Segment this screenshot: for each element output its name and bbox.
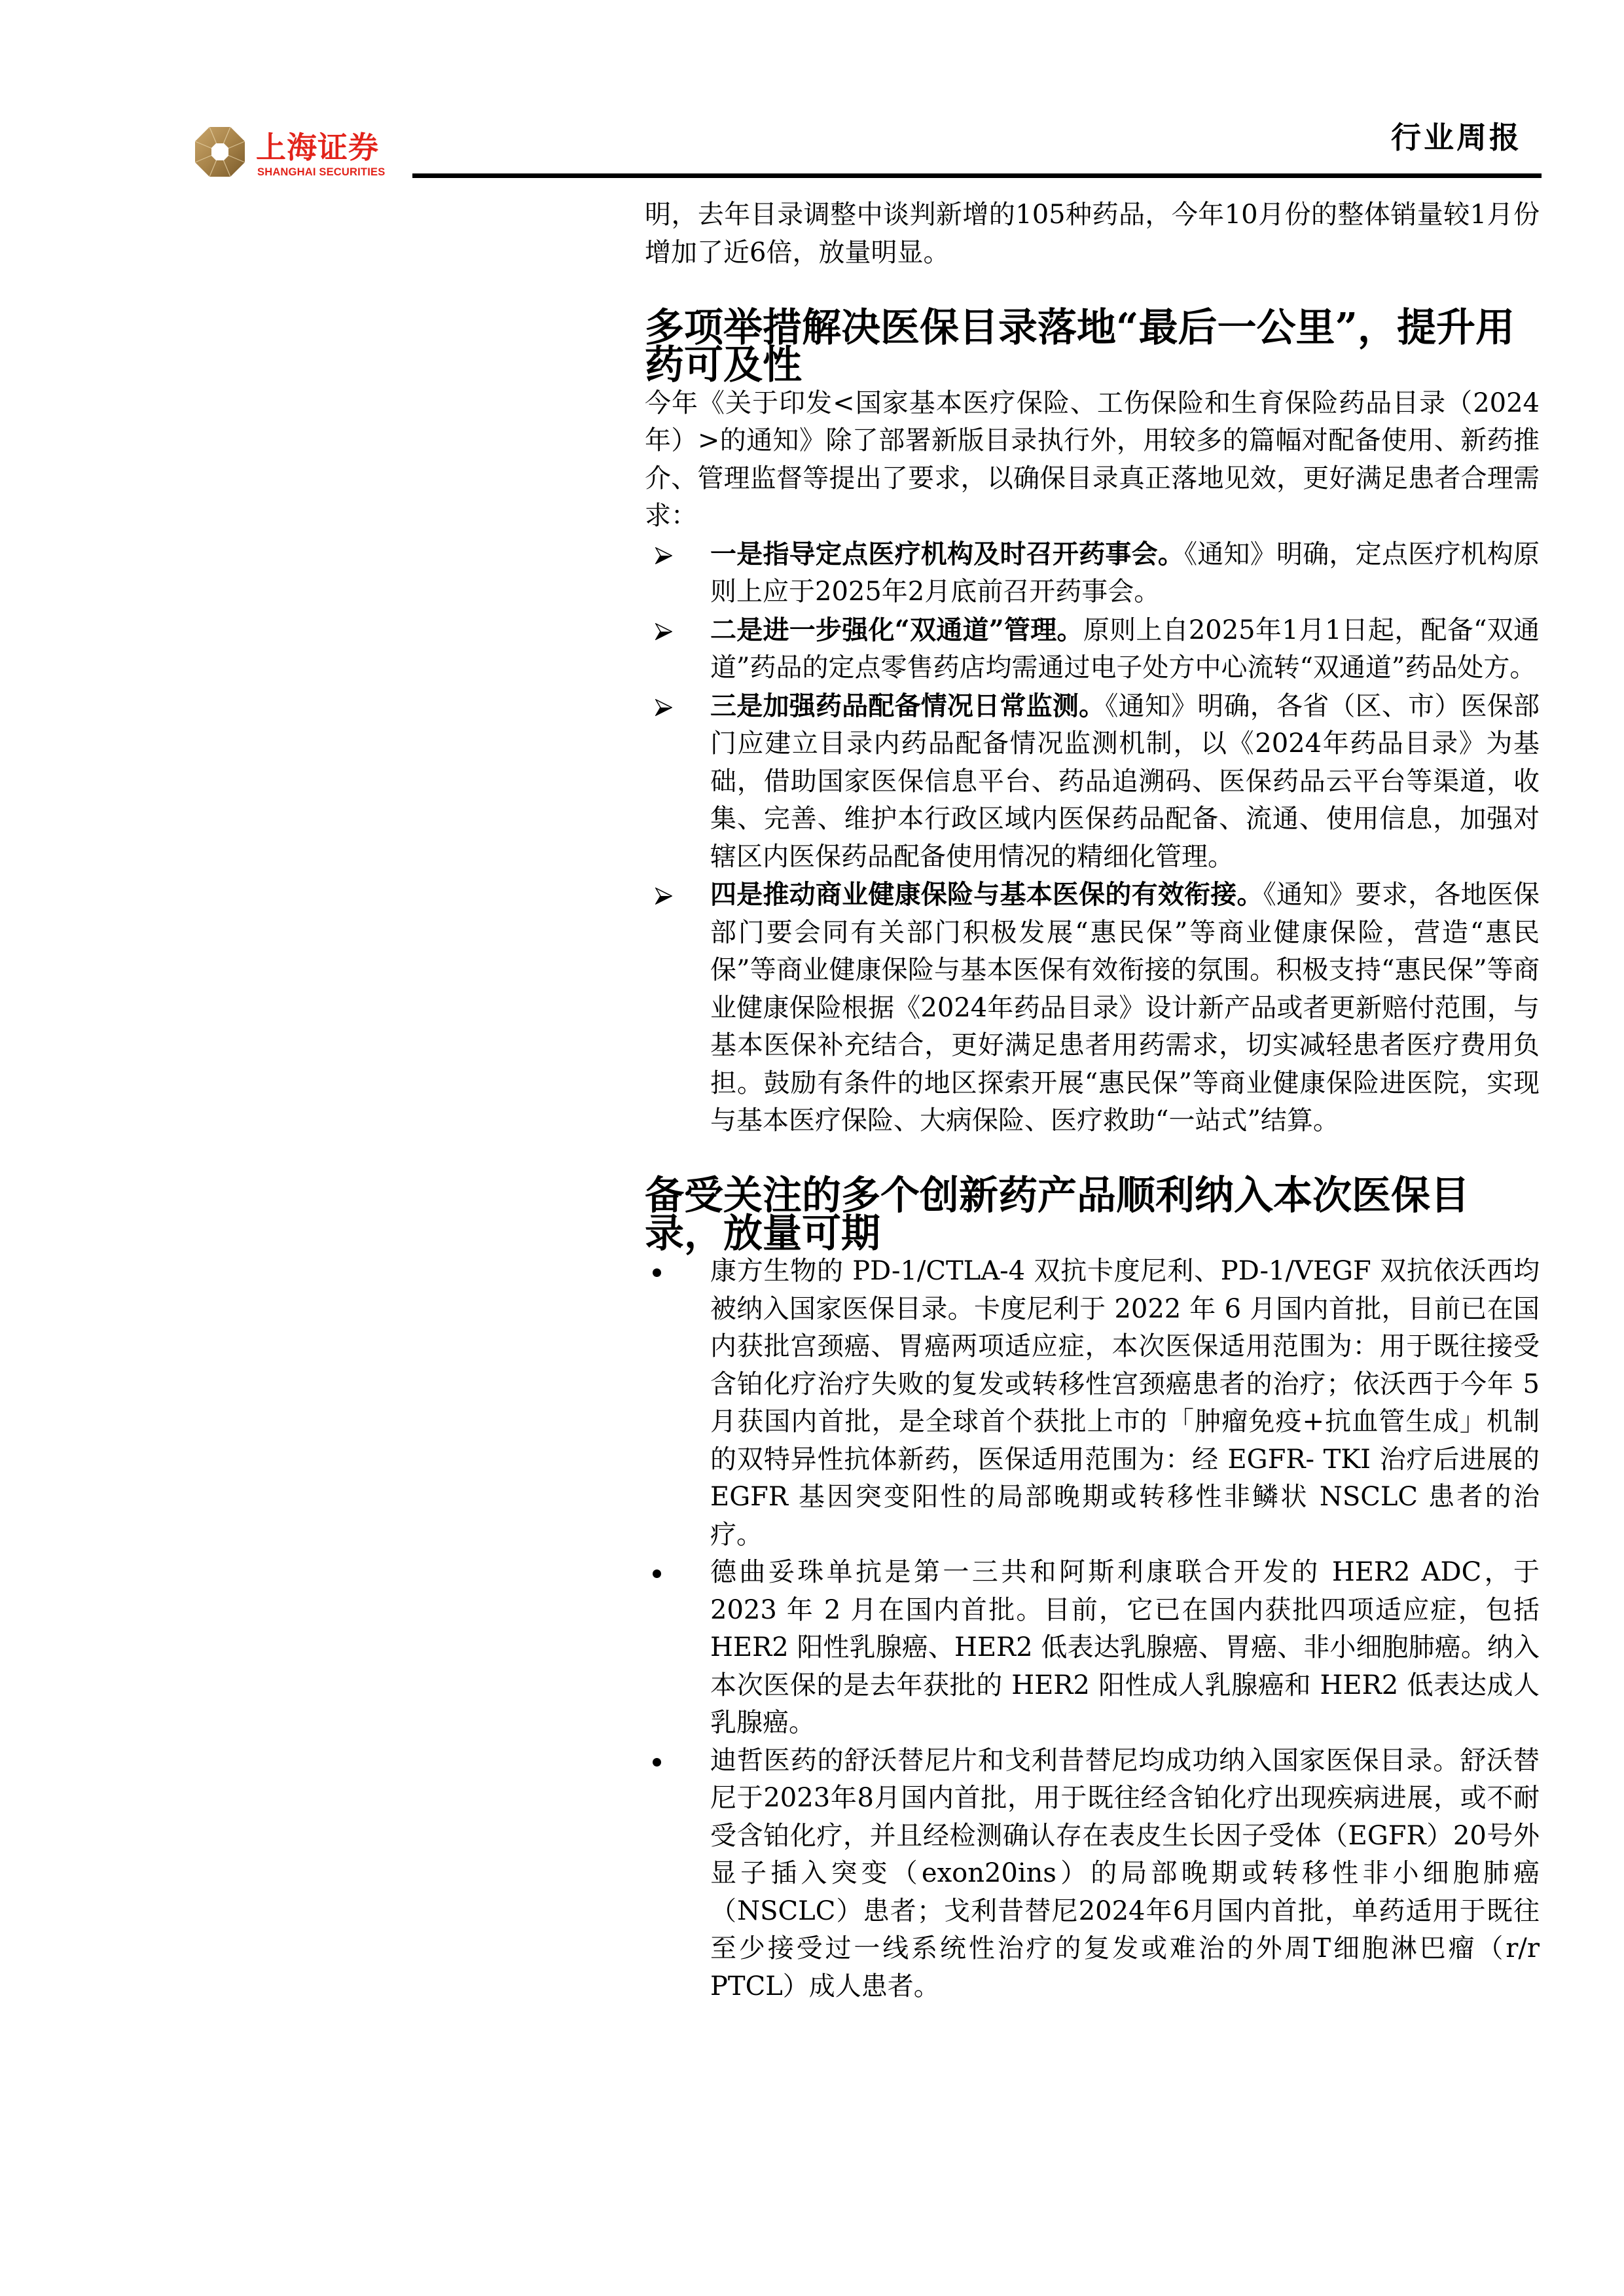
report-type-label: 行业周报 <box>1391 119 1522 156</box>
report-body: 明，去年目录调整中谈判新增的105种药品，今年10月份的整体销量较1月份增加了近… <box>645 196 1540 2005</box>
drugs-list: 康方生物的 PD-1/CTLA-4 双抗卡度尼利、PD-1/VEGF 双抗依沃西… <box>645 1253 1540 2005</box>
item-lead-bold: 四是推动商业健康保险与基本医保的有效衔接。 <box>710 879 1263 910</box>
list-item: 康方生物的 PD-1/CTLA-4 双抗卡度尼利、PD-1/VEGF 双抗依沃西… <box>645 1253 1540 1554</box>
list-item: 德曲妥珠单抗是第一三共和阿斯利康联合开发的 HER2 ADC，于 2023 年 … <box>645 1554 1540 1742</box>
list-item: 二是进一步强化“双通道”管理。原则上自2025年1月1日起，配备“双通道”药品的… <box>645 611 1540 687</box>
section-heading: 备受关注的多个创新药产品顺利纳入本次医保目录，放量可期 <box>645 1177 1540 1253</box>
section-heading: 多项举措解决医保目录落地“最后一公里”，提升用药可及性 <box>645 310 1540 385</box>
section-medical-insurance-implementation: 多项举措解决医保目录落地“最后一公里”，提升用药可及性 今年《关于印发<国家基本… <box>645 310 1540 1140</box>
header-divider <box>412 173 1542 178</box>
item-text: 《通知》要求，各地医保部门要会同有关部门积极发展“惠民保”等商业健康保险，营造“… <box>710 880 1540 1136</box>
logo-english-name: SHANGHAI SECURITIES <box>257 166 385 178</box>
section-innovative-drugs: 备受关注的多个创新药产品顺利纳入本次医保目录，放量可期 康方生物的 PD-1/C… <box>645 1177 1540 2005</box>
measures-list: 一是指导定点医疗机构及时召开药事会。《通知》明确，定点医疗机构原则上应于2025… <box>645 535 1540 1140</box>
list-item: 一是指导定点医疗机构及时召开药事会。《通知》明确，定点医疗机构原则上应于2025… <box>645 535 1540 611</box>
arrow-icon <box>645 876 684 914</box>
intro-paragraph: 明，去年目录调整中谈判新增的105种药品，今年10月份的整体销量较1月份增加了近… <box>645 196 1540 272</box>
section-lead-paragraph: 今年《关于印发<国家基本医疗保险、工伤保险和生育保险药品目录（2024年）>的通… <box>645 385 1540 535</box>
list-item: 迪哲医药的舒沃替尼片和戈利昔替尼均成功纳入国家医保目录。舒沃替尼于2023年8月… <box>645 1742 1540 2006</box>
item-lead-bold: 一是指导定点医疗机构及时召开药事会。 <box>710 539 1184 569</box>
page-header: 上海证券 SHANGHAI SECURITIES 行业周报 <box>0 0 1624 190</box>
section-spacer <box>645 272 1540 310</box>
bullet-dot-icon <box>645 1742 684 1780</box>
bullet-dot-icon <box>645 1554 684 1592</box>
item-text: 德曲妥珠单抗是第一三共和阿斯利康联合开发的 HER2 ADC，于 2023 年 … <box>710 1557 1540 1738</box>
item-text: 康方生物的 PD-1/CTLA-4 双抗卡度尼利、PD-1/VEGF 双抗依沃西… <box>710 1256 1540 1550</box>
item-text: 迪哲医药的舒沃替尼片和戈利昔替尼均成功纳入国家医保目录。舒沃替尼于2023年8月… <box>710 1746 1540 2001</box>
arrow-icon <box>645 687 684 725</box>
company-logo: 上海证券 SHANGHAI SECURITIES <box>194 126 410 185</box>
list-item: 三是加强药品配备情况日常监测。《通知》明确，各省（区、市）医保部门应建立目录内药… <box>645 687 1540 876</box>
octagon-logo-icon <box>194 126 246 178</box>
list-item: 四是推动商业健康保险与基本医保的有效衔接。《通知》要求，各地医保部门要会同有关部… <box>645 876 1540 1140</box>
section-spacer <box>645 1140 1540 1178</box>
arrow-icon <box>645 611 684 649</box>
arrow-icon <box>645 535 684 573</box>
logo-chinese-name: 上海证券 <box>256 131 379 164</box>
item-lead-bold: 三是加强药品配备情况日常监测。 <box>710 691 1105 721</box>
bullet-dot-icon <box>645 1253 684 1291</box>
item-lead-bold: 二是进一步强化“双通道”管理。 <box>710 615 1083 645</box>
